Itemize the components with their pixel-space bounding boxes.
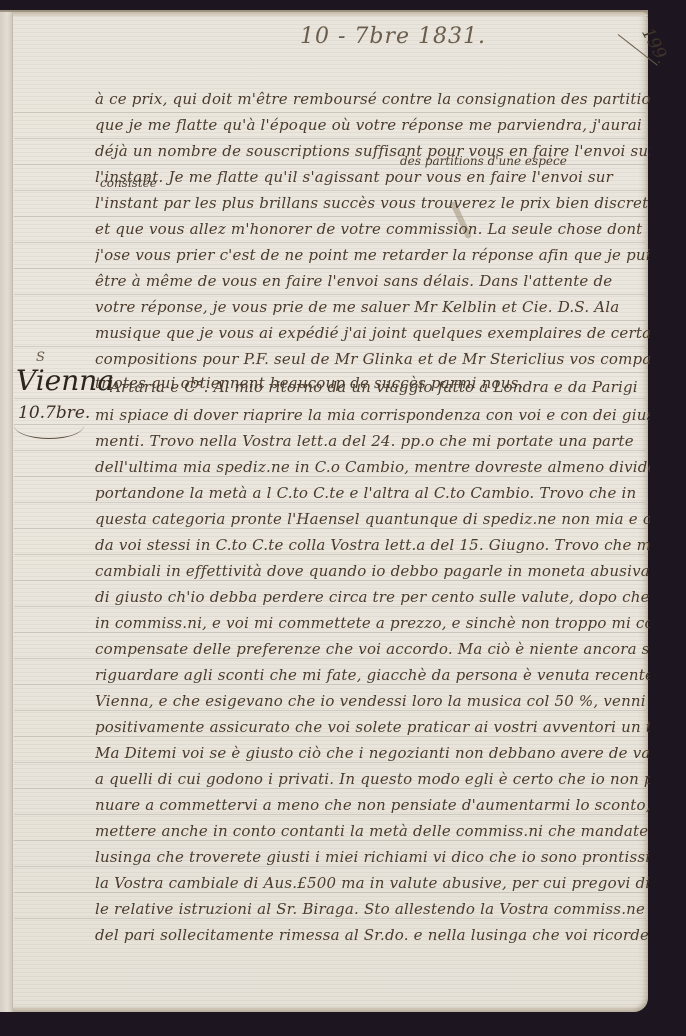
text-line-33: le relative istruzioni al Sr. Biraga. St… bbox=[95, 900, 650, 918]
text-line-20: cambiali in effettività dove quando io d… bbox=[95, 562, 650, 580]
text-line-28: a quelli di cui godono i privati. In que… bbox=[95, 770, 650, 788]
text-line-32: la Vostra cambiale di Aus.£500 ma in val… bbox=[95, 874, 650, 892]
text-line-27: Ma Ditemi voi se è giusto ciò che i nego… bbox=[95, 744, 650, 762]
text-line-6: et que vous allez m'honorer de votre com… bbox=[95, 220, 650, 238]
text-line-9: votre réponse, je vous prie de me saluer… bbox=[95, 298, 650, 316]
text-line-13: Artaria e C°. Al mio ritorno da un viagg… bbox=[110, 378, 650, 396]
page-binding bbox=[0, 12, 13, 1012]
text-line-22: in commiss.ni, e voi mi commettete a pre… bbox=[95, 614, 650, 632]
text-line-4: l'instant. Je me flatte qu'il s'agissant… bbox=[95, 168, 650, 186]
text-line-31: lusinga che troverete giusti i miei rich… bbox=[95, 848, 650, 866]
text-line-17: portandone la metà a l C.to C.te e l'alt… bbox=[95, 484, 650, 502]
text-line-16: dell'ultima mia spediz.ne in C.o Cambio,… bbox=[95, 458, 650, 476]
text-line-1: à ce prix, qui doit m'être remboursé con… bbox=[95, 90, 650, 108]
text-line-7: j'ose vous prier c'est de ne point me re… bbox=[95, 246, 650, 264]
page-top-edge bbox=[0, 10, 648, 16]
text-line-11: compositions pour P.F. seul de Mr Glinka… bbox=[95, 350, 650, 368]
text-line-15: menti. Trovo nella Vostra lett.a del 24.… bbox=[95, 432, 650, 450]
text-line-5: l'instant par les plus brillans succès v… bbox=[95, 194, 650, 212]
text-line-30: mettere anche in conto contanti la metà … bbox=[95, 822, 650, 840]
text-line-8: être à même de vous en faire l'envoi san… bbox=[95, 272, 650, 290]
text-line-2: que je me flatte qu'à l'époque où votre … bbox=[95, 116, 650, 134]
text-line-10: musique que je vous ai expédié j'ai join… bbox=[95, 324, 650, 342]
text-line-14: mi spiace di dover riaprire la mia corri… bbox=[95, 406, 650, 424]
text-line-34: del pari sollecitamente rimessa al Sr.do… bbox=[95, 926, 650, 944]
margin-city: Vienna bbox=[16, 364, 114, 397]
text-line-21: di giusto ch'io debba perdere circa tre … bbox=[95, 588, 650, 606]
margin-flourish bbox=[14, 412, 84, 439]
text-line-3: déjà un nombre de souscriptions suffisan… bbox=[95, 142, 650, 160]
text-line-19: da voi stessi in C.to C.te colla Vostra … bbox=[95, 536, 650, 554]
text-line-23: compensate delle preferenze che voi acco… bbox=[95, 640, 650, 658]
margin-mark: S bbox=[36, 350, 45, 365]
header-date: 10 - 7bre 1831. bbox=[300, 24, 486, 49]
text-line-25: Vienna, e che esigevano che io vendessi … bbox=[95, 692, 650, 710]
text-line-26: positivamente assicurato che voi solete … bbox=[95, 718, 650, 736]
text-line-18: questa categoria pronte l'Haensel quantu… bbox=[95, 510, 650, 528]
text-line-24: riguardare agli sconti che mi fate, giac… bbox=[95, 666, 650, 684]
text-line-29: nuare a commettervi a meno che non pensi… bbox=[95, 796, 650, 814]
